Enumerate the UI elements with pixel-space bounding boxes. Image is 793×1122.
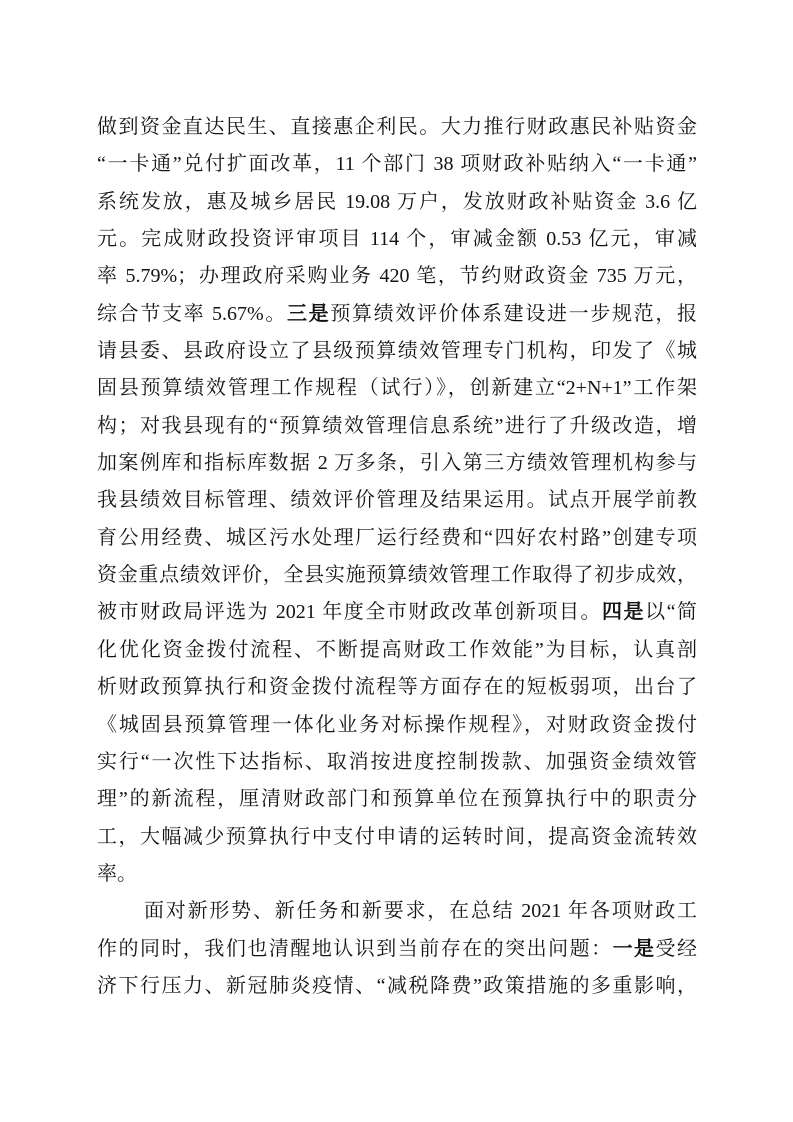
body-text: 系统发放，惠及城乡居民 19.08 万户，发放财政补贴资金 3.6 亿 [97,191,697,213]
body-text: 构；对我县现有的“预算绩效管理信息系统”进行了升级改造，增 [97,415,697,437]
text-line: 率 5.79%；办理政府采购业务 420 笔，节约财政资金 735 万元， [97,258,697,295]
body-text: 被市财政局评选为 2021 年度全市财政改革创新项目。 [97,601,602,623]
text-line: 系统发放，惠及城乡居民 19.08 万户，发放财政补贴资金 3.6 亿 [97,184,697,221]
body-text: 以“简 [645,601,697,623]
text-line: 化优化资金拨付流程、不断提高财政工作效能”为目标，认真剖 [97,632,697,669]
body-text: 作的同时，我们也清醒地认识到当前存在的突出问题： [97,938,613,960]
text-line: 率。 [97,856,697,893]
text-line: 面对新形势、新任务和新要求，在总结 2021 年各项财政工 [97,893,697,930]
text-line: 实行“一次性下达指标、取消按进度控制拨款、加强资金绩效管 [97,744,697,781]
text-line: 资金重点绩效评价，全县实施预算绩效管理工作取得了初步成效， [97,557,697,594]
body-text: “一卡通”兑付扩面改革，11 个部门 38 项财政补贴纳入“一卡通” [97,153,697,175]
text-line: 析财政预算执行和资金拨付流程等方面存在的短板弱项，出台了 [97,669,697,706]
text-line: 被市财政局评选为 2021 年度全市财政改革创新项目。四是以“简 [97,594,697,631]
text-line: 育公用经费、城区污水处理厂运行经费和“四好农村路”创建专项 [97,520,697,557]
text-line: 综合节支率 5.67%。三是预算绩效评价体系建设进一步规范，报 [97,296,697,333]
body-text: 预算绩效评价体系建设进一步规范，报 [330,303,697,325]
text-line: 工，大幅减少预算执行中支付申请的运转时间，提高资金流转效 [97,819,697,856]
body-text: 率。 [97,863,137,885]
text-line: 作的同时，我们也清醒地认识到当前存在的突出问题：一是受经 [97,931,697,968]
text-line: 固县预算绩效管理工作规程（试行）》，创新建立“2+N+1”工作架 [97,370,697,407]
body-text: 实行“一次性下达指标、取消按进度控制拨款、加强资金绩效管 [97,751,697,773]
body-text: 化优化资金拨付流程、不断提高财政工作效能”为目标，认真剖 [97,639,697,661]
body-text: 加案例库和指标库数据 2 万多条，引入第三方绩效管理机构参与 [97,452,697,474]
body-text: 我县绩效目标管理、绩效评价管理及结果运用。试点开展学前教 [97,489,697,511]
body-text: 工，大幅减少预算执行中支付申请的运转时间，提高资金流转效 [97,826,697,848]
text-line: 元。完成财政投资评审项目 114 个，审减金额 0.53 亿元，审减 [97,221,697,258]
body-text: 元。完成财政投资评审项目 114 个，审减金额 0.53 亿元，审减 [97,228,697,250]
text-line: 《城固县预算管理一体化业务对标操作规程》，对财政资金拨付 [97,707,697,744]
bold-marker-text: 四是 [602,601,645,623]
body-text: 理”的新流程，厘清财政部门和预算单位在预算执行中的职责分 [97,788,697,810]
body-text: 《城固县预算管理一体化业务对标操作规程》，对财政资金拨付 [97,714,697,736]
body-text: 资金重点绩效评价，全县实施预算绩效管理工作取得了初步成效， [97,564,697,586]
text-line: “一卡通”兑付扩面改革，11 个部门 38 项财政补贴纳入“一卡通” [97,146,697,183]
text-line: 我县绩效目标管理、绩效评价管理及结果运用。试点开展学前教 [97,482,697,519]
body-text: 济下行压力、新冠肺炎疫情、“减税降费”政策措施的多重影响， [97,975,697,997]
bold-marker-text: 三是 [287,303,330,325]
body-text: 固县预算绩效管理工作规程（试行）》，创新建立“2+N+1”工作架 [97,377,697,399]
body-text: 请县委、县政府设立了县级预算绩效管理专门机构，印发了《城 [97,340,697,362]
body-text: 受经 [656,938,697,960]
text-line: 请县委、县政府设立了县级预算绩效管理专门机构，印发了《城 [97,333,697,370]
text-line: 理”的新流程，厘清财政部门和预算单位在预算执行中的职责分 [97,781,697,818]
text-line: 济下行压力、新冠肺炎疫情、“减税降费”政策措施的多重影响， [97,968,697,1005]
body-text: 面对新形势、新任务和新要求，在总结 2021 年各项财政工 [144,900,697,922]
bold-marker-text: 一是 [613,938,656,960]
text-line: 加案例库和指标库数据 2 万多条，引入第三方绩效管理机构参与 [97,445,697,482]
body-text: 析财政预算执行和资金拨付流程等方面存在的短板弱项，出台了 [97,676,697,698]
body-text: 率 5.79%；办理政府采购业务 420 笔，节约财政资金 735 万元， [97,265,697,287]
text-line: 做到资金直达民生、直接惠企利民。大力推行财政惠民补贴资金 [97,109,697,146]
body-text: 育公用经费、城区污水处理厂运行经费和“四好农村路”创建专项 [97,527,697,549]
body-text: 综合节支率 5.67%。 [97,303,287,325]
document-page: 做到资金直达民生、直接惠企利民。大力推行财政惠民补贴资金“一卡通”兑付扩面改革，… [0,0,793,1122]
body-text: 做到资金直达民生、直接惠企利民。大力推行财政惠民补贴资金 [97,116,697,138]
text-line: 构；对我县现有的“预算绩效管理信息系统”进行了升级改造，增 [97,408,697,445]
document-text: 做到资金直达民生、直接惠企利民。大力推行财政惠民补贴资金“一卡通”兑付扩面改革，… [97,109,697,1005]
